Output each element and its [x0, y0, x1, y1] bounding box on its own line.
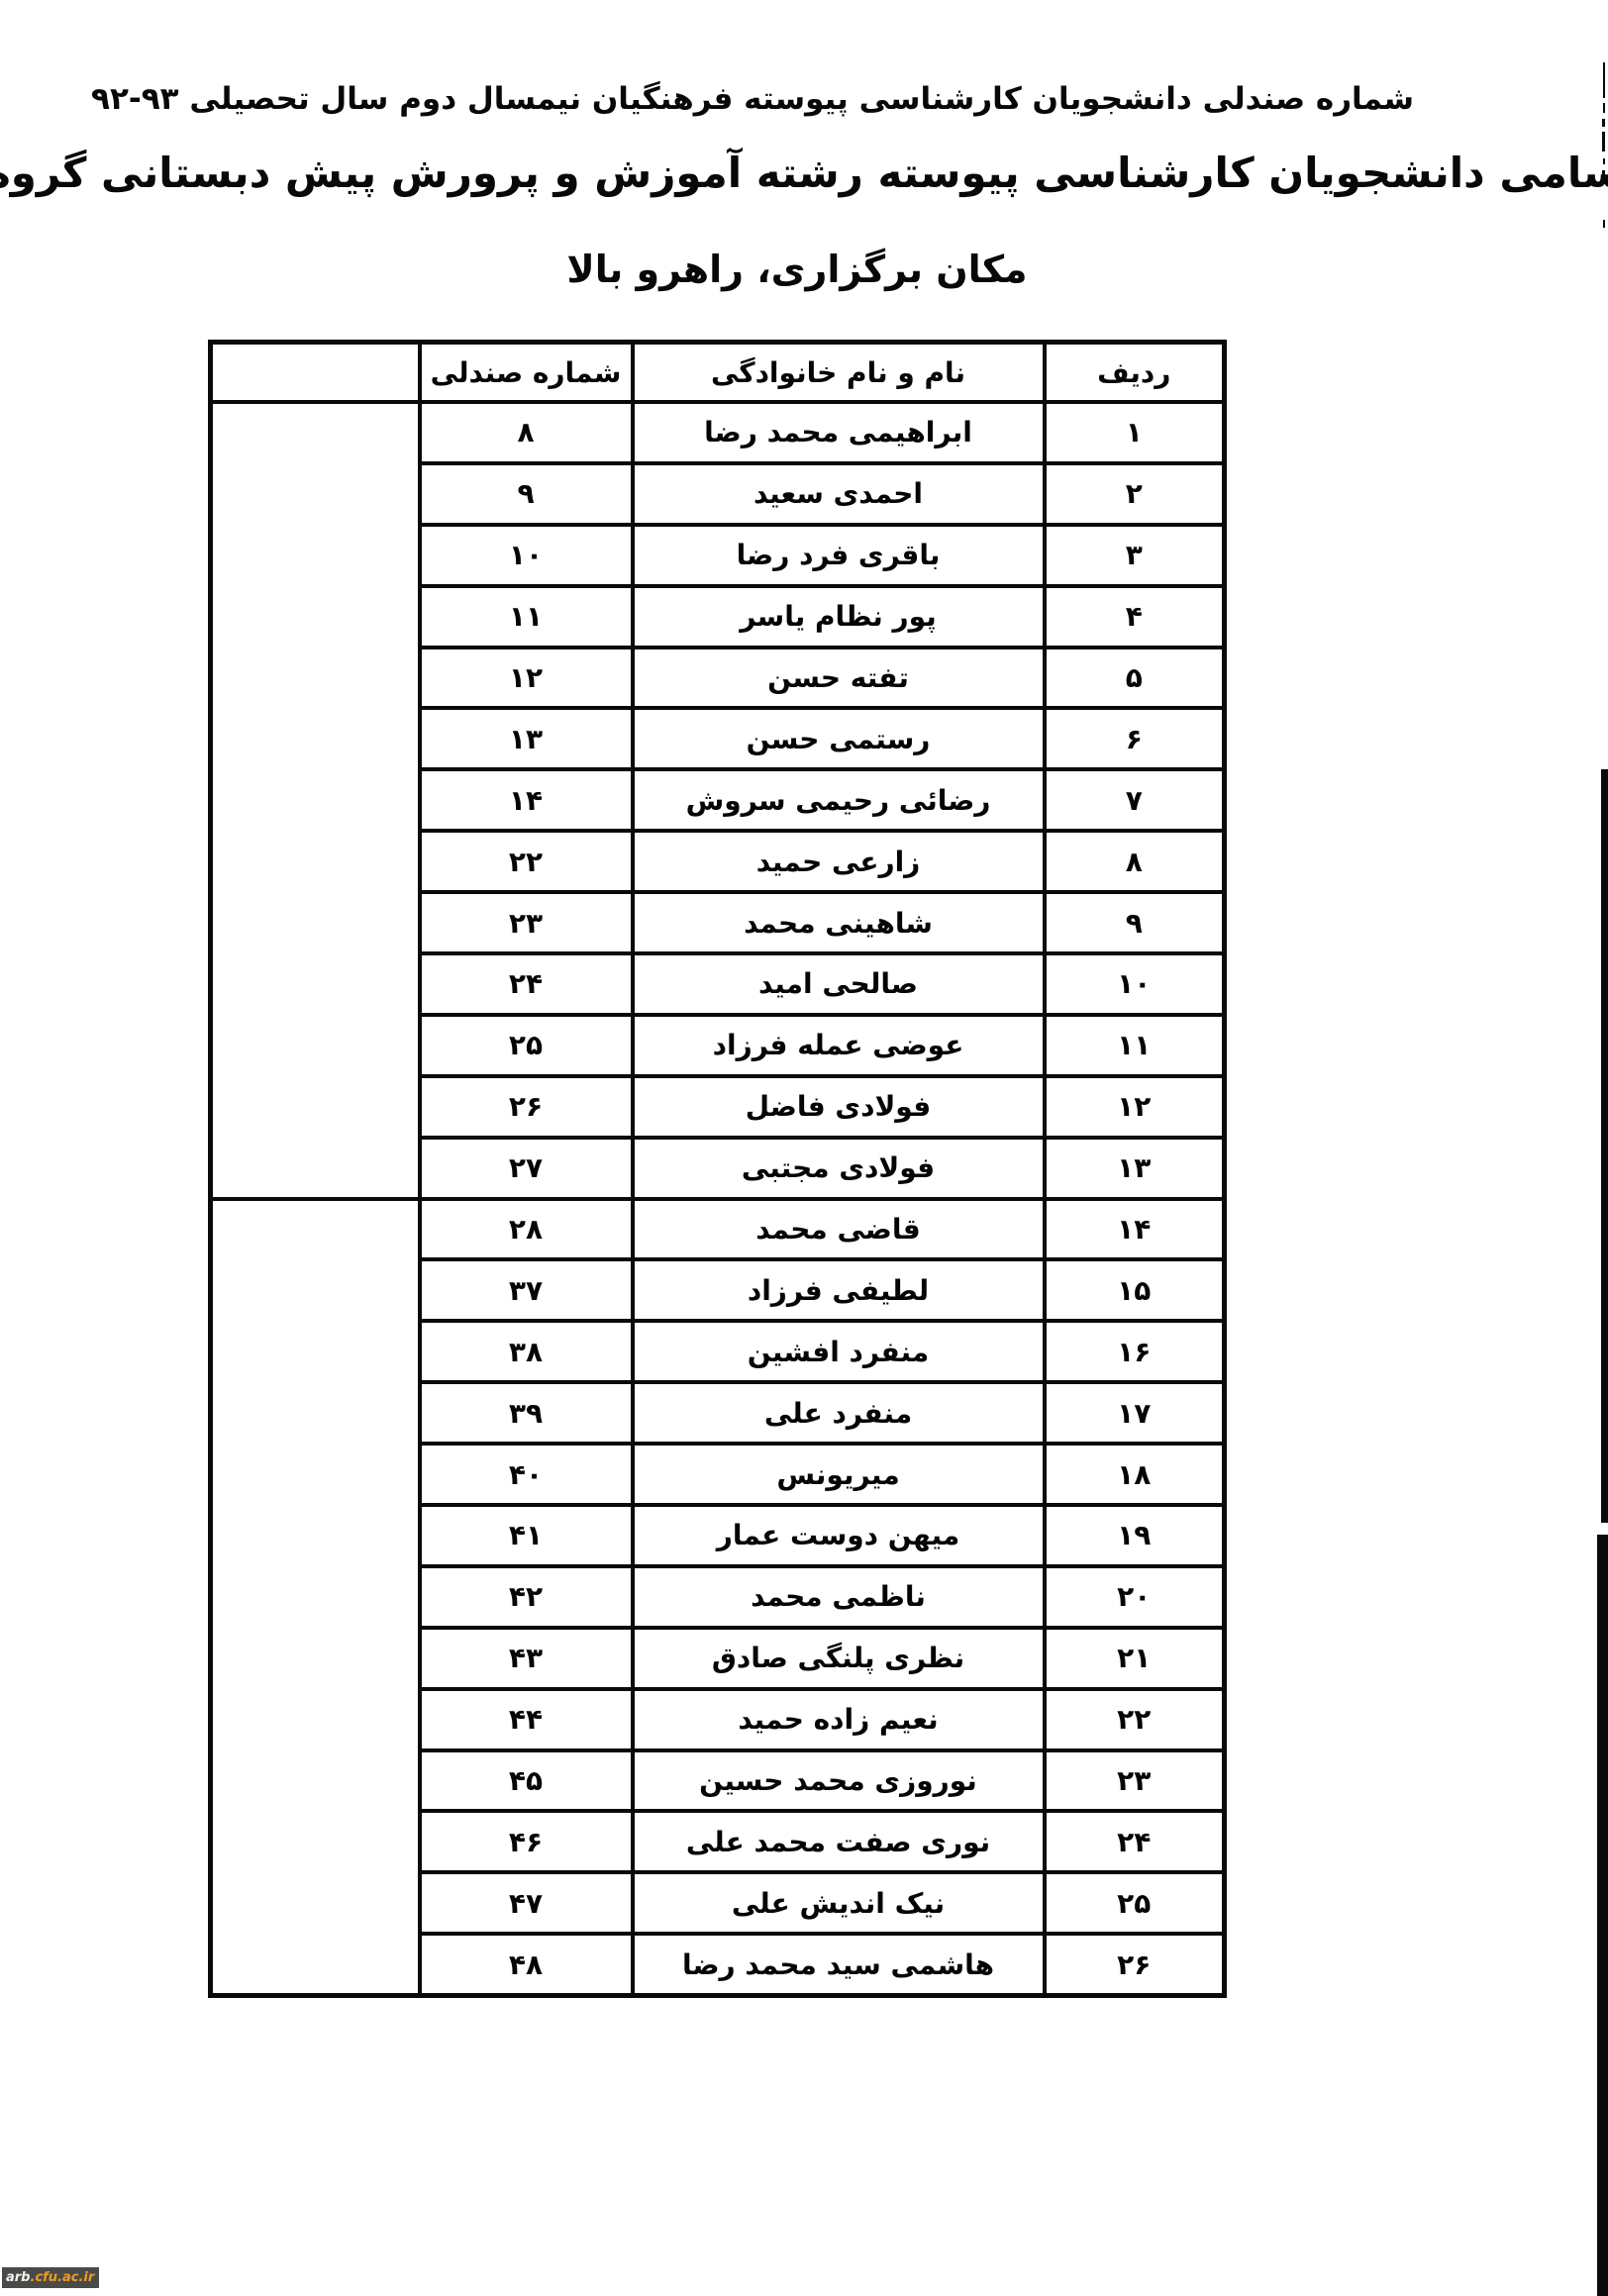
radif-cell: ۲۳	[1045, 1750, 1225, 1812]
header-blank	[211, 343, 420, 403]
seat-cell: ۳۸	[420, 1321, 633, 1382]
student-table-body: ۱ابراهیمی محمد رضا۸۲احمدی سعید۹۳باقری فر…	[211, 402, 1225, 1996]
seat-cell: ۲۶	[420, 1076, 633, 1138]
radif-cell: ۸	[1045, 831, 1225, 892]
name-cell: پور نظام یاسر	[633, 586, 1045, 648]
seat-cell: ۴۷	[420, 1872, 633, 1934]
radif-cell: ۷	[1045, 769, 1225, 831]
seat-cell: ۴۳	[420, 1628, 633, 1689]
radif-cell: ۱۶	[1045, 1321, 1225, 1382]
radif-cell: ۱۳	[1045, 1138, 1225, 1199]
radif-cell: ۱	[1045, 402, 1225, 463]
seat-cell: ۸	[420, 402, 633, 463]
name-cell: نوری صفت محمد علی	[633, 1811, 1045, 1872]
site-watermark: arb.cfu.ac.ir	[2, 2267, 99, 2288]
table-row: ۱ابراهیمی محمد رضا۸	[211, 402, 1225, 463]
scan-artifact	[1603, 220, 1605, 228]
name-cell: فولادی مجتبی	[633, 1138, 1045, 1199]
table-header: ردیف نام و نام خانوادگی شماره صندلی	[211, 343, 1225, 403]
seat-cell: ۱۱	[420, 586, 633, 648]
seat-cell: ۴۶	[420, 1811, 633, 1872]
radif-cell: ۲۴	[1045, 1811, 1225, 1872]
scan-artifact	[1603, 158, 1605, 164]
name-cell: لطیفی فرزاد	[633, 1259, 1045, 1321]
seat-cell: ۱۰	[420, 525, 633, 586]
seat-cell: ۱۴	[420, 769, 633, 831]
scan-artifact	[1597, 1535, 1608, 2296]
seat-cell: ۳۹	[420, 1382, 633, 1444]
radif-cell: ۴	[1045, 586, 1225, 648]
seat-cell: ۴۸	[420, 1934, 633, 1995]
seat-cell: ۲۵	[420, 1015, 633, 1076]
seat-cell: ۲۸	[420, 1199, 633, 1260]
name-cell: شاهینی محمد	[633, 892, 1045, 953]
name-cell: زارعی حمید	[633, 831, 1045, 892]
radif-cell: ۱۹	[1045, 1505, 1225, 1566]
scanned-document-page: شماره صندلی دانشجویان کارشناسی پیوسته فر…	[0, 0, 1608, 2296]
name-cell: رستمی حسن	[633, 708, 1045, 769]
scan-artifact	[1603, 103, 1605, 113]
seat-cell: ۲۲	[420, 831, 633, 892]
radif-cell: ۹	[1045, 892, 1225, 953]
name-cell: تفته حسن	[633, 648, 1045, 709]
radif-cell: ۱۰	[1045, 953, 1225, 1015]
name-cell: عوضی عمله فرزاد	[633, 1015, 1045, 1076]
seat-cell: ۱۳	[420, 708, 633, 769]
watermark-domain: .cfu.ac.ir	[31, 2270, 95, 2285]
seat-cell: ۱۲	[420, 648, 633, 709]
document-title-student-list: اسامی دانشجویان کارشناسی پیوسته رشته آمو…	[0, 149, 1608, 197]
radif-cell: ۲	[1045, 463, 1225, 525]
seat-cell: ۲۳	[420, 892, 633, 953]
scan-artifact	[1602, 119, 1605, 127]
document-title-seat-numbers: شماره صندلی دانشجویان کارشناسی پیوسته فر…	[91, 81, 1414, 117]
scan-artifact	[1601, 769, 1608, 1523]
radif-cell: ۱۲	[1045, 1076, 1225, 1138]
radif-cell: ۱۸	[1045, 1444, 1225, 1505]
radif-cell: ۱۷	[1045, 1382, 1225, 1444]
seat-cell: ۴۵	[420, 1750, 633, 1812]
blank-span-cell	[211, 1199, 420, 1996]
name-cell: هاشمی سید محمد رضا	[633, 1934, 1045, 1995]
header-seat-number: شماره صندلی	[420, 343, 633, 403]
scan-artifact	[1603, 62, 1605, 98]
seat-cell: ۲۴	[420, 953, 633, 1015]
name-cell: منفرد افشین	[633, 1321, 1045, 1382]
name-cell: نعیم زاده حمید	[633, 1689, 1045, 1750]
radif-cell: ۲۶	[1045, 1934, 1225, 1995]
seat-cell: ۳۷	[420, 1259, 633, 1321]
name-cell: نوروزی محمد حسین	[633, 1750, 1045, 1812]
scan-artifact	[1602, 132, 1605, 151]
table-row: ۱۴قاضی محمد۲۸	[211, 1199, 1225, 1260]
name-cell: قاضی محمد	[633, 1199, 1045, 1260]
header-radif: ردیف	[1045, 343, 1225, 403]
name-cell: ابراهیمی محمد رضا	[633, 402, 1045, 463]
document-location-line: مکان برگزاری، راهرو بالا	[566, 248, 1027, 291]
radif-cell: ۵	[1045, 648, 1225, 709]
name-cell: رضائی رحیمی سروش	[633, 769, 1045, 831]
name-cell: میهن دوست عمار	[633, 1505, 1045, 1566]
table-header-row: ردیف نام و نام خانوادگی شماره صندلی	[211, 343, 1225, 403]
name-cell: فولادی فاضل	[633, 1076, 1045, 1138]
seat-cell: ۴۴	[420, 1689, 633, 1750]
seat-cell: ۴۲	[420, 1566, 633, 1628]
name-cell: صالحی امید	[633, 953, 1045, 1015]
header-full-name: نام و نام خانوادگی	[633, 343, 1045, 403]
radif-cell: ۱۴	[1045, 1199, 1225, 1260]
radif-cell: ۱۵	[1045, 1259, 1225, 1321]
seat-cell: ۴۱	[420, 1505, 633, 1566]
seat-cell: ۹	[420, 463, 633, 525]
radif-cell: ۲۵	[1045, 1872, 1225, 1934]
name-cell: باقری فرد رضا	[633, 525, 1045, 586]
radif-cell: ۲۱	[1045, 1628, 1225, 1689]
radif-cell: ۱۱	[1045, 1015, 1225, 1076]
name-cell: نظری پلنگی صادق	[633, 1628, 1045, 1689]
name-cell: احمدی سعید	[633, 463, 1045, 525]
radif-cell: ۳	[1045, 525, 1225, 586]
scan-artifact	[1602, 170, 1605, 184]
name-cell: نیک اندیش علی	[633, 1872, 1045, 1934]
watermark-subdomain: arb	[6, 2270, 31, 2285]
name-cell: ناظمی محمد	[633, 1566, 1045, 1628]
radif-cell: ۲۲	[1045, 1689, 1225, 1750]
blank-span-cell	[211, 402, 420, 1199]
seat-cell: ۴۰	[420, 1444, 633, 1505]
seat-cell: ۲۷	[420, 1138, 633, 1199]
name-cell: میریونس	[633, 1444, 1045, 1505]
name-cell: منفرد علی	[633, 1382, 1045, 1444]
radif-cell: ۲۰	[1045, 1566, 1225, 1628]
student-seat-table: ردیف نام و نام خانوادگی شماره صندلی ۱ابر…	[208, 340, 1227, 1998]
radif-cell: ۶	[1045, 708, 1225, 769]
